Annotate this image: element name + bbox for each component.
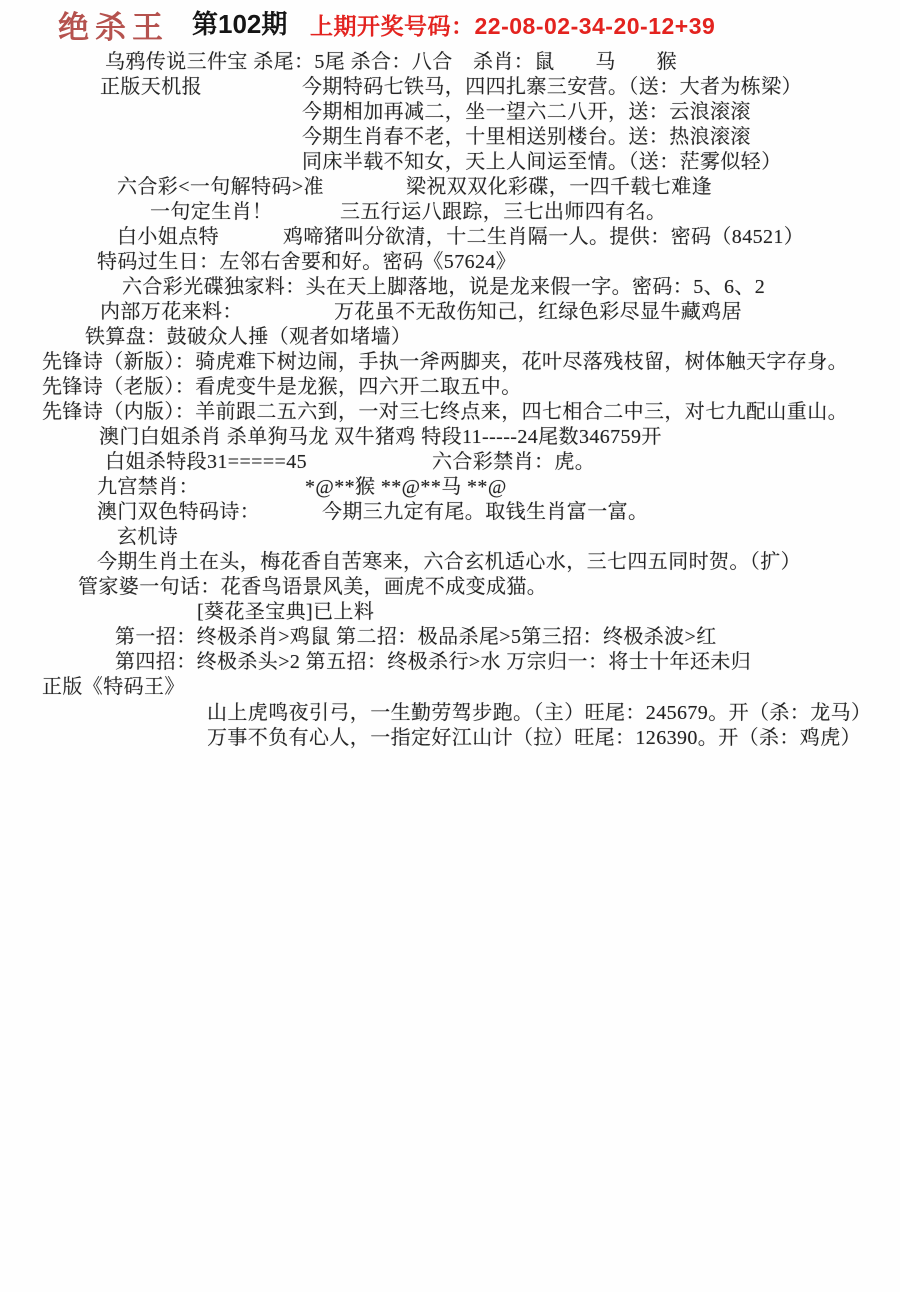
doc-line: 今期生肖土在头，梅花香自苦寒来，六合玄机适心水，三七四五同时贺。（扩） (0, 545, 900, 570)
doc-text-segment: 万事不负有心人，一指定好江山计（拉）旺尾：126390。开（杀：鸡虎） (207, 721, 861, 750)
doc-line: 先锋诗（新版）：骑虎难下树边闹，手执一斧两脚夹，花叶尽落残枝留，树体触天字存身。 (0, 345, 900, 370)
doc-line: 白姐杀特段31=====45六合彩禁肖：虎。 (0, 445, 900, 470)
doc-line: [葵花圣宝典]已上料 (0, 595, 900, 620)
doc-line: 山上虎鸣夜引弓，一生勤劳驾步跑。（主）旺尾：245679。开（杀：龙马） (0, 696, 900, 721)
doc-line: 先锋诗（老版）：看虎变牛是龙猴，四六开二取五中。 (0, 370, 900, 395)
doc-line: 乌鸦传说三件宝 杀尾：5尾 杀合：八合 杀肖：鼠 马 猴 (0, 45, 900, 70)
doc-line: 今期生肖春不老，十里相送别楼台。送：热浪滚滚 (0, 120, 900, 145)
doc-line: 玄机诗 (0, 520, 900, 545)
doc-line: 九宫禁肖：*@**猴 **@**马 **@ (0, 470, 900, 495)
doc-line: 正版天机报今期特码七铁马，四四扎寨三安营。（送：大者为栋梁） (0, 70, 900, 95)
doc-line: 六合彩<一句解特码>准梁祝双双化彩碟，一四千载七难逢 (0, 170, 900, 195)
document-page: 绝杀王 第102期 上期开奖号码：22-08-02-34-20-12+39 乌鸦… (0, 0, 900, 1292)
doc-text-segment: 正版《特码王》 (42, 670, 185, 699)
doc-line: 一句定生肖！三五行运八跟踪，三七出师四有名。 (0, 195, 900, 220)
doc-line: 今期相加再减二，坐一望六二八开，送：云浪滚滚 (0, 95, 900, 120)
last-draw-numbers: 上期开奖号码：22-08-02-34-20-12+39 (310, 8, 715, 41)
doc-line: 先锋诗（内版）：羊前跟二五六到，一对三七终点来，四七相合二中三，对七九配山重山。 (0, 395, 900, 420)
doc-line: 特码过生日：左邻右舍要和好。密码《57624》 (0, 245, 900, 270)
doc-line: 白小姐点特鸡啼猪叫分欲清，十二生肖隔一人。提供：密码（84521） (0, 220, 900, 245)
doc-line: 第四招：终极杀头>2 第五招：终极杀行>水 万宗归一：将士十年还未归 (0, 645, 900, 670)
doc-line: 内部万花来料：万花虽不无敌伤知己，红绿色彩尽显牛藏鸡居 (0, 295, 900, 320)
doc-line: 澳门双色特码诗：今期三九定有尾。取钱生肖富一富。 (0, 495, 900, 520)
page-title: 绝杀王 (58, 2, 169, 47)
doc-line: 第一招：终极杀肖>鸡鼠 第二招：极品杀尾>5第三招：终极杀波>红 (0, 620, 900, 645)
doc-line: 铁算盘：鼓破众人捶（观者如堵墙） (0, 320, 900, 345)
doc-line: 六合彩光碟独家料：头在天上脚落地，说是龙来假一字。密码：5、6、2 (0, 270, 900, 295)
doc-line: 澳门白姐杀肖 杀单狗马龙 双牛猪鸡 特段11-----24尾数346759开 (0, 420, 900, 445)
doc-line: 同床半载不知女，天上人间运至情。（送：茫雾似轻） (0, 145, 900, 170)
issue-number: 第102期 (192, 4, 287, 41)
doc-line: 管家婆一句话：花香鸟语景风美，画虎不成变成猫。 (0, 570, 900, 595)
doc-line: 正版《特码王》 (0, 670, 900, 695)
doc-line: 万事不负有心人，一指定好江山计（拉）旺尾：126390。开（杀：鸡虎） (0, 721, 900, 746)
